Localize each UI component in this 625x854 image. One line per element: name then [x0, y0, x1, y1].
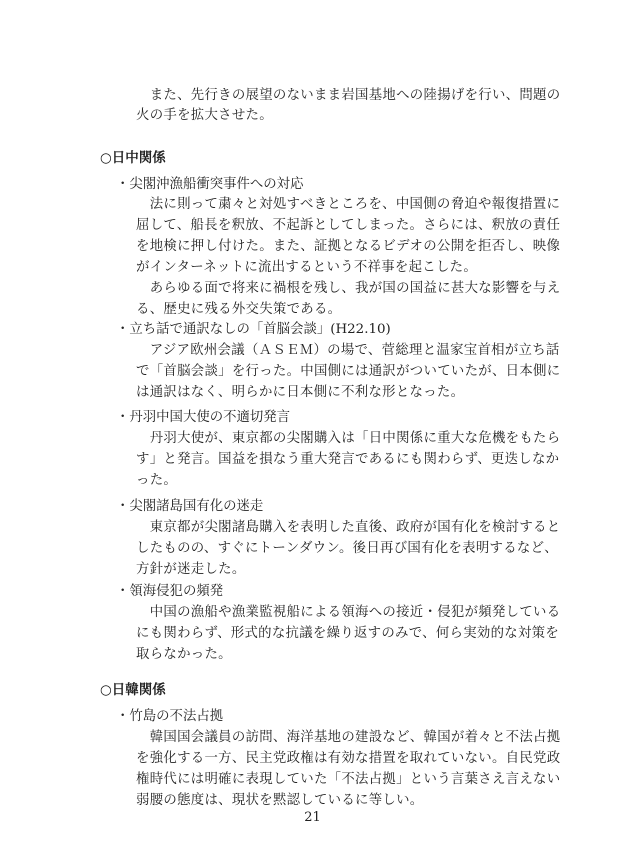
- document-page: また、先行きの展望のないまま岩国基地への陸揚げを行い、問題の 火の手を拡大させた…: [0, 0, 625, 854]
- item-line: 法に則って粛々と対処すべきところを、中国側の脅迫や報復措置に: [136, 195, 560, 215]
- item-title: ・尖閣沖漁船衝突事件への対応: [116, 175, 303, 195]
- item-line: あらゆる面で将来に禍根を残し、我が国の国益に甚大な影響を与え: [136, 279, 560, 299]
- item-line: で「首脳会談」を行った。中国側には通訳がついていたが、日本側に: [136, 362, 560, 382]
- item-title: ・立ち話で通訳なしの「首脳会談」(H22.10): [116, 320, 391, 340]
- item-line: は通訳はなく、明らかに日本側に不利な形となった。: [136, 383, 464, 403]
- item-line: った。: [136, 471, 177, 491]
- item-line: 権時代には明確に表現していた「不法占拠」という言葉さえ言えない: [136, 770, 560, 790]
- item-title: ・尖閣諸島国有化の迷走: [116, 497, 263, 517]
- item-line: がインターネットに流出するという不祥事を起こした。: [136, 258, 477, 278]
- item-line: 方針が迷走した。: [136, 560, 246, 580]
- section-heading-japan-korea: ○日韓関係: [100, 680, 166, 700]
- item-line: 丹羽大使が、東京都の尖閣購入は「日中関係に重大な危機をもたら: [136, 429, 560, 449]
- item-line: 中国の漁船や漁業監視船による領海への接近・侵犯が頻発している: [136, 603, 560, 623]
- item-line: を強化する一方、民主党政権は有効な措置を取れていない。自民党政: [136, 749, 560, 769]
- item-title: ・領海侵犯の頻発: [116, 582, 223, 602]
- item-line: す」と発言。国益を損なう重大発言であるにも関わらず、更迭しなか: [136, 450, 559, 470]
- item-line: 弱腰の態度は、現状を黙認しているに等しい。: [136, 791, 424, 811]
- item-line: したものの、すぐにトーンダウン。後日再び国有化を表明するなど、: [136, 539, 558, 559]
- item-line: アジア欧州会議（ＡＳＥＭ）の場で、菅総理と温家宝首相が立ち話: [136, 341, 560, 361]
- item-line: る、歴史に残る外交失策である。: [136, 300, 341, 320]
- item-line: 屈して、船長を釈放、不起訴としてしまった。さらには、釈放の責任: [136, 216, 560, 236]
- item-line: を地検に押し付けた。また、証拠となるビデオの公開を拒否し、映像: [136, 237, 560, 257]
- item-line: 韓国国会議員の訪問、海洋基地の建設など、韓国が着々と不法占拠: [136, 728, 560, 748]
- intro-line: また、先行きの展望のないまま岩国基地への陸揚げを行い、問題の: [136, 86, 560, 106]
- item-title: ・竹島の不法占拠: [116, 707, 223, 727]
- item-line: 東京都が尖閣諸島購入を表明した直後、政府が国有化を検討すると: [136, 518, 560, 538]
- intro-line: 火の手を拡大させた。: [136, 106, 273, 126]
- page-number: 21: [0, 810, 625, 825]
- item-title: ・丹羽中国大使の不適切発言: [116, 408, 290, 428]
- item-line: 取らなかった。: [136, 645, 232, 665]
- section-heading-japan-china: ○日中関係: [100, 148, 166, 168]
- item-line: にも関わらず、形式的な抗議を繰り返すのみで、何ら実効的な対策を: [136, 624, 559, 644]
